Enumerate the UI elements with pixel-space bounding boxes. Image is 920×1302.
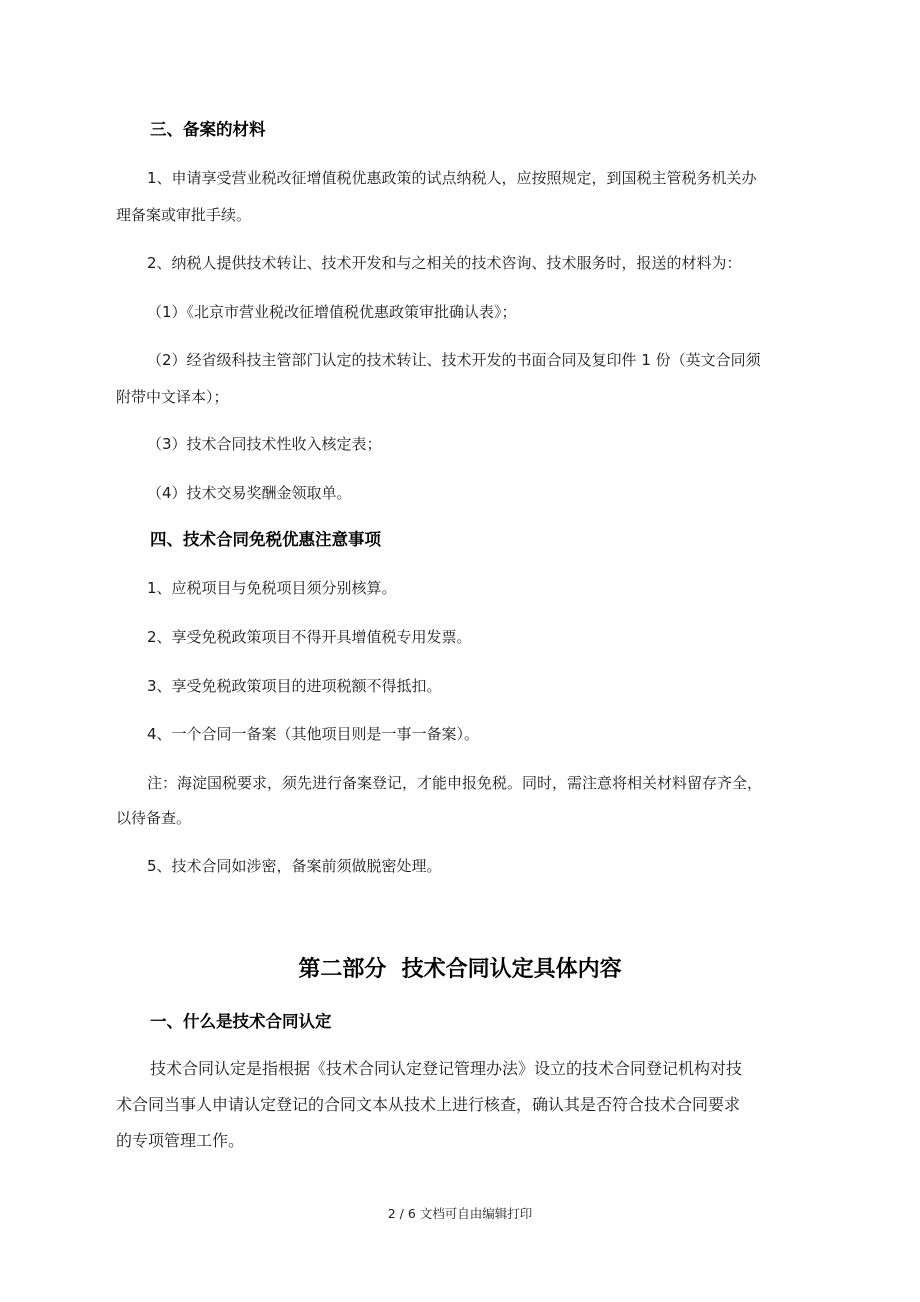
section-heading-notes: 四、技术合同免税优惠注意事项 [150, 530, 381, 550]
note-remark-line-2: 以待备查。 [116, 808, 191, 828]
paragraph-item-1-line-1: 1、申请享受营业税改征增值税优惠政策的试点纳税人，应按照规定，到国税主管税务机关… [147, 168, 757, 188]
note-item-3: 3、享受免税政策项目的进项税额不得抵扣。 [147, 676, 442, 696]
note-item-5: 5、技术合同如涉密，备案前须做脱密处理。 [147, 856, 442, 876]
page-footer: 2 / 6 文档可自由编辑打印 [0, 1204, 920, 1222]
document-page: 三、备案的材料 1、申请享受营业税改征增值税优惠政策的试点纳税人，应按照规定，到… [0, 0, 920, 1302]
section-heading-materials: 三、备案的材料 [150, 120, 266, 140]
sub-item-3: （3）技术合同技术性收入核定表； [147, 434, 382, 454]
sub-item-2-line-1: （2）经省级科技主管部门认定的技术转让、技术开发的书面合同及复印件 1 份（英文… [147, 350, 761, 370]
sub-item-4: （4）技术交易奖酬金领取单。 [147, 483, 352, 503]
definition-line-3: 的专项管理工作。 [116, 1131, 244, 1151]
sub-item-1: （1）《北京市营业税改征增值税优惠政策审批确认表》； [147, 302, 517, 322]
definition-line-2: 术合同当事人申请认定登记的合同文本从技术上进行核查，确认其是否符合技术合同要求 [116, 1095, 740, 1115]
section-heading-what-is: 一、什么是技术合同认定 [150, 1012, 332, 1032]
note-item-4: 4、一个合同一备案（其他项目则是一事一备案）。 [147, 724, 479, 744]
paragraph-item-2: 2、纳税人提供技术转让、技术开发和与之相关的技术咨询、技术服务时，报送的材料为： [147, 253, 742, 273]
note-item-1: 1、应税项目与免税项目须分别核算。 [147, 578, 397, 598]
paragraph-item-1-line-2: 理备案或审批手续。 [116, 205, 251, 225]
sub-item-2-line-2: 附带中文译本）； [116, 387, 229, 407]
part-title: 第二部分 技术合同认定具体内容 [0, 956, 920, 984]
definition-line-1: 技术合同认定是指根据《技术合同认定登记管理办法》设立的技术合同登记机构对技 [150, 1059, 742, 1079]
note-item-2: 2、享受免税政策项目不得开具增值税专用发票。 [147, 627, 472, 647]
note-remark-line-1: 注：海淀国税要求，须先进行备案登记，才能申报免税。同时，需注意将相关材料留存齐全… [147, 773, 762, 793]
